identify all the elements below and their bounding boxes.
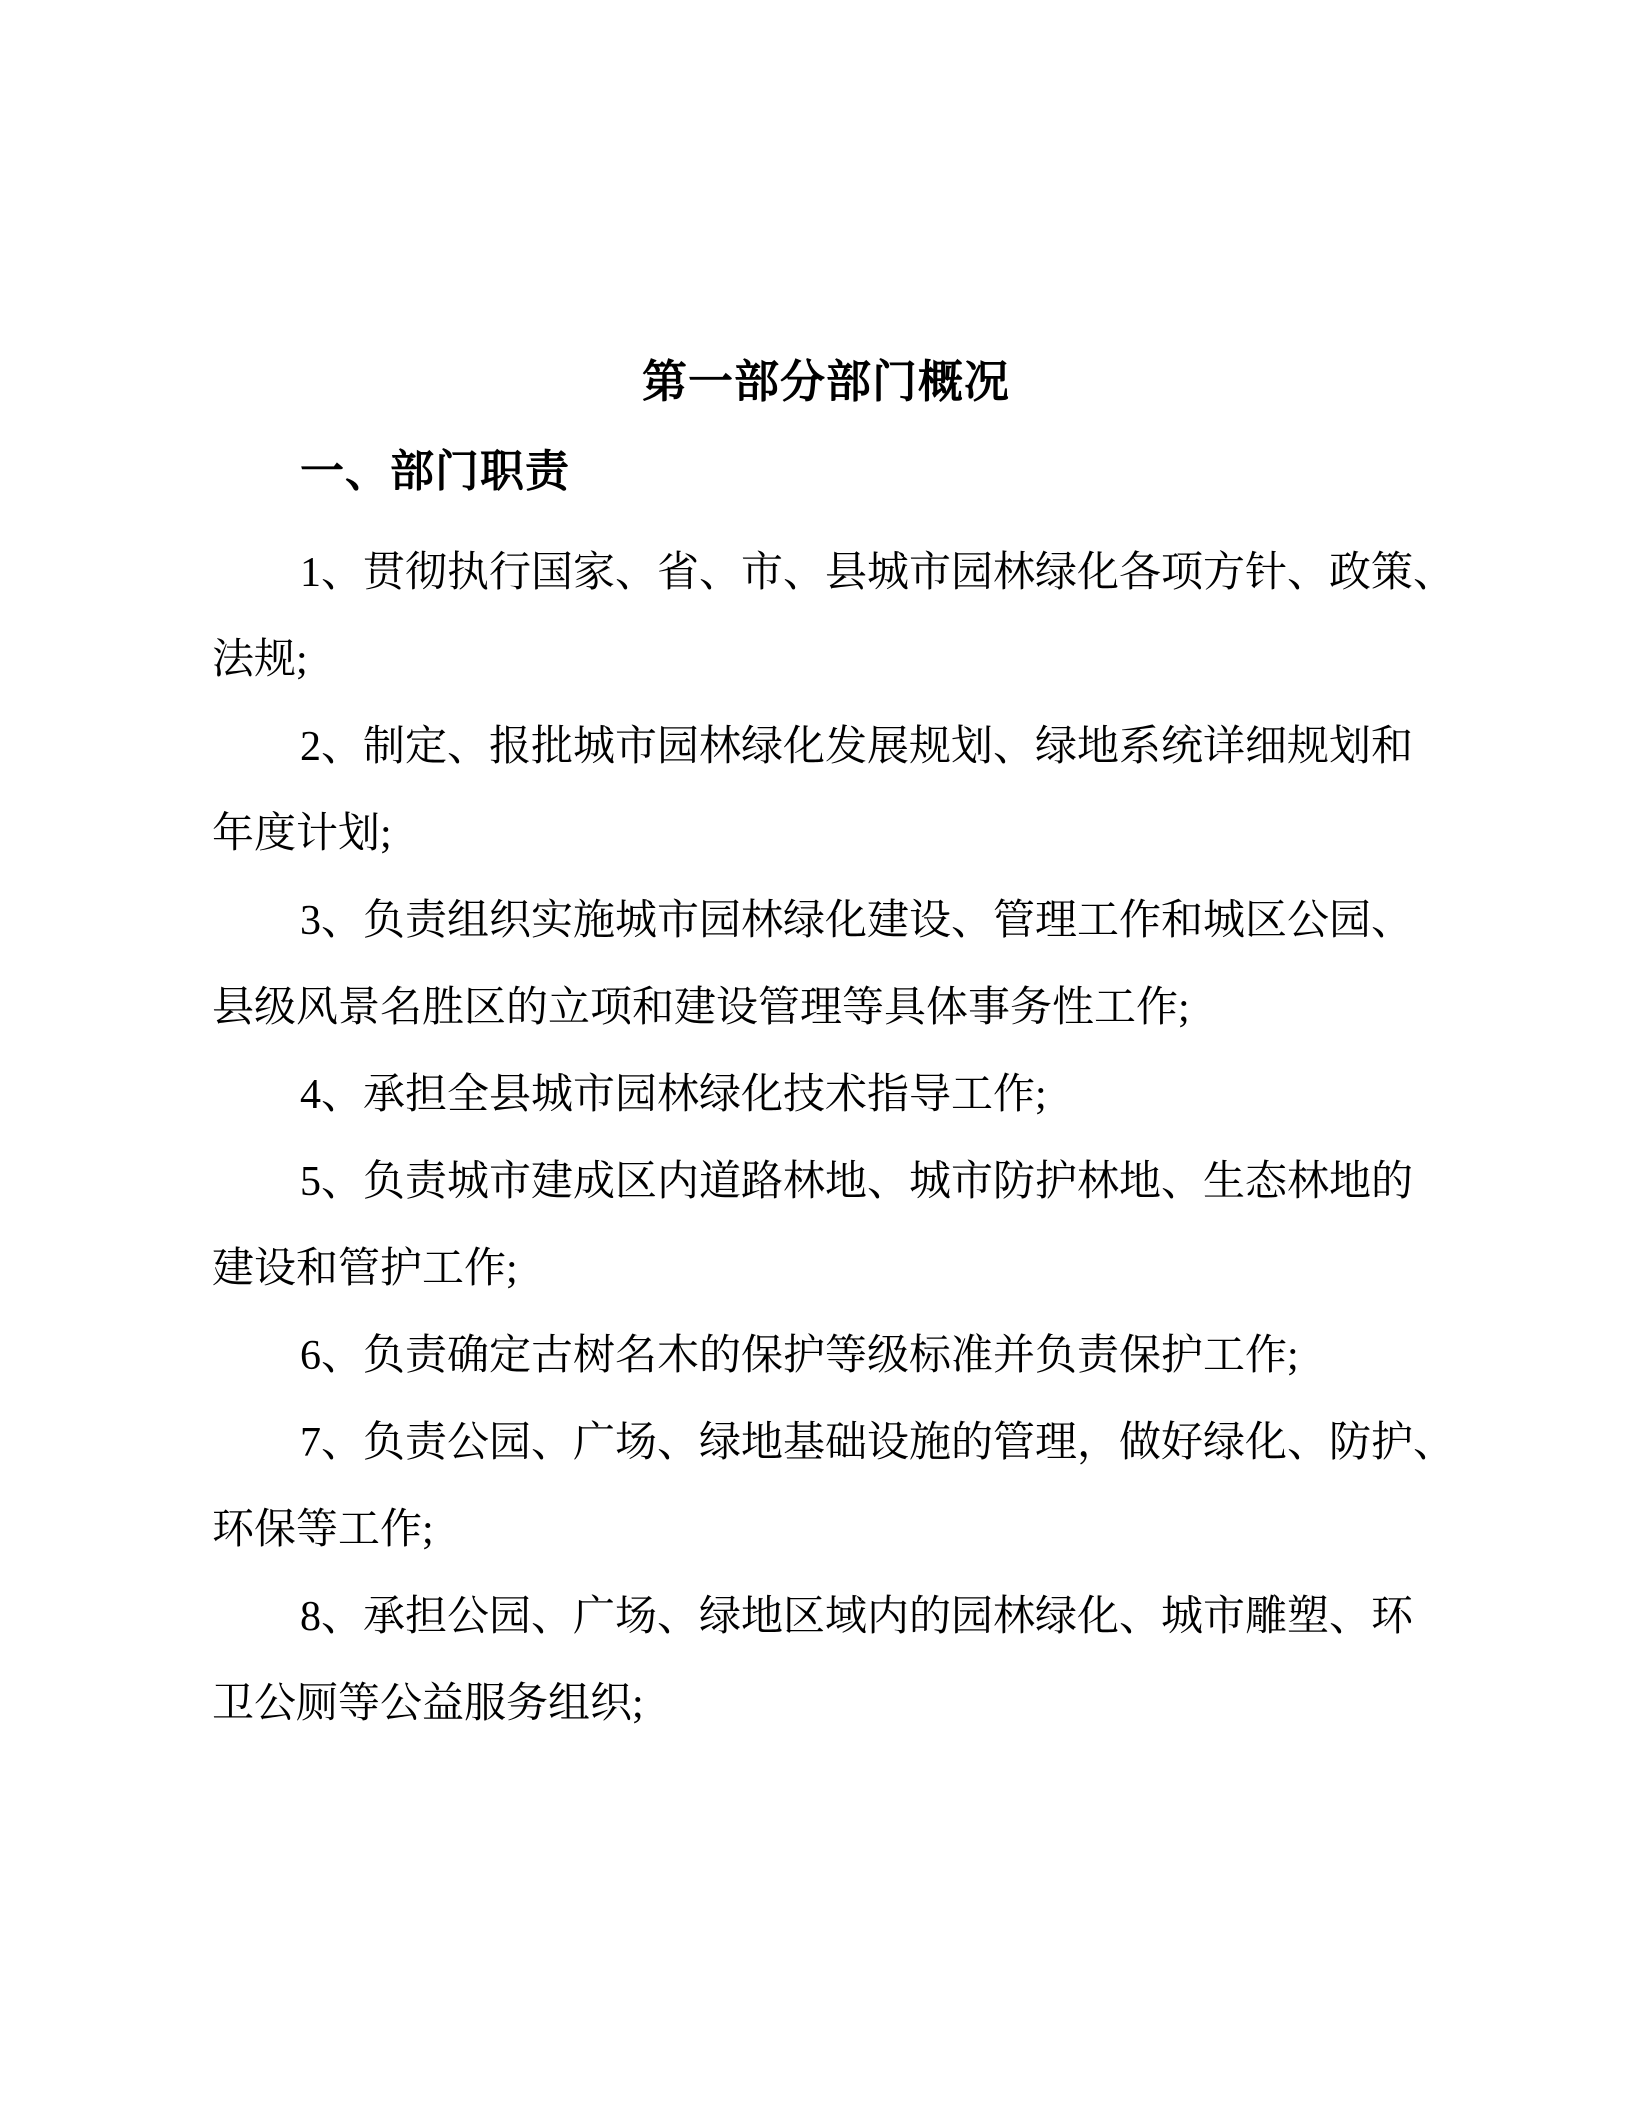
text-line: 8、承担公园、广场、绿地区域内的园林绿化、城市雕塑、环 xyxy=(212,1574,1440,1661)
text-line: 县级风景名胜区的立项和建设管理等具体事务性工作; xyxy=(212,965,1440,1052)
section-heading: 一、部门职责 xyxy=(300,450,570,494)
text-line: 建设和管护工作; xyxy=(212,1226,1440,1313)
paragraph-7: 7、负责公园、广场、绿地基础设施的管理，做好绿化、防护、 环保等工作; xyxy=(212,1400,1440,1574)
text-line: 年度计划; xyxy=(212,791,1440,878)
text-line: 法规; xyxy=(212,617,1440,704)
paragraph-5: 5、负责城市建成区内道路林地、城市防护林地、生态林地的 建设和管护工作; xyxy=(212,1139,1440,1313)
document-body: 1、贯彻执行国家、省、市、县城市园林绿化各项方针、政策、 法规; 2、制定、报批… xyxy=(212,530,1440,1748)
text-line: 环保等工作; xyxy=(212,1487,1440,1574)
text-line: 7、负责公园、广场、绿地基础设施的管理，做好绿化、防护、 xyxy=(212,1400,1440,1487)
text-line: 1、贯彻执行国家、省、市、县城市园林绿化各项方针、政策、 xyxy=(212,530,1440,617)
paragraph-1: 1、贯彻执行国家、省、市、县城市园林绿化各项方针、政策、 法规; xyxy=(212,530,1440,704)
text-line: 4、承担全县城市园林绿化技术指导工作; xyxy=(212,1052,1440,1139)
document-title: 第一部分部门概况 xyxy=(212,360,1440,405)
text-line: 2、制定、报批城市园林绿化发展规划、绿地系统详细规划和 xyxy=(212,704,1440,791)
paragraph-4: 4、承担全县城市园林绿化技术指导工作; xyxy=(212,1052,1440,1139)
paragraph-8: 8、承担公园、广场、绿地区域内的园林绿化、城市雕塑、环 卫公厕等公益服务组织; xyxy=(212,1574,1440,1748)
document-page: 第一部分部门概况 一、部门职责 1、贯彻执行国家、省、市、县城市园林绿化各项方针… xyxy=(0,0,1632,2112)
paragraph-3: 3、负责组织实施城市园林绿化建设、管理工作和城区公园、 县级风景名胜区的立项和建… xyxy=(212,878,1440,1052)
text-line: 3、负责组织实施城市园林绿化建设、管理工作和城区公园、 xyxy=(212,878,1440,965)
text-line: 6、负责确定古树名木的保护等级标准并负责保护工作; xyxy=(212,1313,1440,1400)
paragraph-6: 6、负责确定古树名木的保护等级标准并负责保护工作; xyxy=(212,1313,1440,1400)
text-line: 卫公厕等公益服务组织; xyxy=(212,1661,1440,1748)
paragraph-2: 2、制定、报批城市园林绿化发展规划、绿地系统详细规划和 年度计划; xyxy=(212,704,1440,878)
text-line: 5、负责城市建成区内道路林地、城市防护林地、生态林地的 xyxy=(212,1139,1440,1226)
